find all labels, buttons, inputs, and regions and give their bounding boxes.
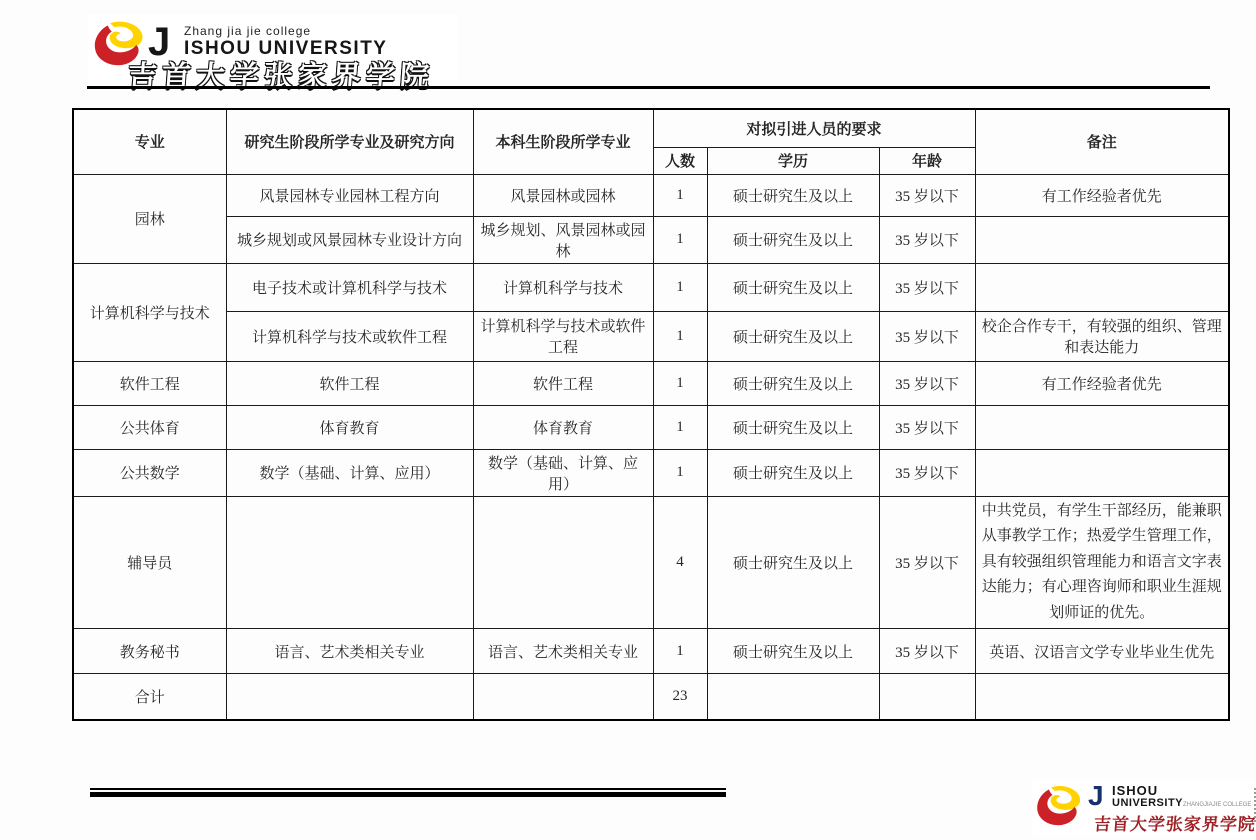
cell-remark (975, 216, 1229, 263)
cell-degree: 硕士研究生及以上 (707, 496, 879, 629)
header-major: 专业 (73, 109, 226, 174)
cell-major: 教务秘书 (73, 629, 226, 674)
table-row: 计算机科学与技术 电子技术或计算机科学与技术 计算机科学与技术 1 硕士研究生及… (73, 263, 1229, 311)
logo-university-en: UNIVERSITYZHANGJIAJIE COLLEGE (1112, 797, 1251, 809)
header-degree: 学历 (707, 147, 879, 174)
recruitment-table: 专业 研究生阶段所学专业及研究方向 本科生阶段所学专业 对拟引进人员的要求 备注… (72, 108, 1230, 721)
cell-degree: 硕士研究生及以上 (707, 629, 879, 674)
cell-degree: 硕士研究生及以上 (707, 405, 879, 449)
cell-remark (975, 449, 1229, 496)
cell-degree (707, 674, 879, 720)
cell-age: 35 岁以下 (879, 311, 975, 361)
cell-undergrad: 城乡规划、风景园林或园林 (473, 216, 653, 263)
cell-count: 1 (653, 629, 707, 674)
header-remark: 备注 (975, 109, 1229, 174)
cell-degree: 硕士研究生及以上 (707, 361, 879, 405)
table-row-total: 合计 23 (73, 674, 1229, 720)
header-count: 人数 (653, 147, 707, 174)
cell-count: 1 (653, 174, 707, 216)
cell-undergrad: 计算机科学与技术或软件工程 (473, 311, 653, 361)
header-undergrad-major: 本科生阶段所学专业 (473, 109, 653, 174)
cell-count: 4 (653, 496, 707, 629)
cell-grad: 数学（基础、计算、应用） (226, 449, 473, 496)
cell-grad (226, 674, 473, 720)
cell-grad: 城乡规划或风景园林专业设计方向 (226, 216, 473, 263)
cell-undergrad: 计算机科学与技术 (473, 263, 653, 311)
cell-age: 35 岁以下 (879, 496, 975, 629)
cell-grad (226, 496, 473, 629)
footer-rule (90, 788, 726, 798)
cell-undergrad: 语言、艺术类相关专业 (473, 629, 653, 674)
cell-grad: 体育教育 (226, 405, 473, 449)
cell-count: 1 (653, 216, 707, 263)
cell-age: 35 岁以下 (879, 361, 975, 405)
cell-undergrad (473, 674, 653, 720)
table-row: 公共体育 体育教育 体育教育 1 硕士研究生及以上 35 岁以下 (73, 405, 1229, 449)
recruitment-table-wrap: 专业 研究生阶段所学专业及研究方向 本科生阶段所学专业 对拟引进人员的要求 备注… (72, 108, 1230, 721)
cell-degree: 硕士研究生及以上 (707, 216, 879, 263)
logo-jishou-en: ISHOU (1112, 783, 1158, 798)
cell-remark (975, 405, 1229, 449)
logo-calligraphy-red: 吉首大学张家界学院 (1093, 810, 1256, 835)
cell-degree: 硕士研究生及以上 (707, 174, 879, 216)
cell-grad: 电子技术或计算机科学与技术 (226, 263, 473, 311)
university-swirl-icon (1034, 784, 1084, 830)
table-row: 教务秘书 语言、艺术类相关专业 语言、艺术类相关专业 1 硕士研究生及以上 35… (73, 629, 1229, 674)
logo-college-suffix: ZHANGJIAJIE COLLEGE (1183, 802, 1251, 808)
cell-age (879, 674, 975, 720)
cell-degree: 硕士研究生及以上 (707, 449, 879, 496)
logo-letter-j: J (1088, 782, 1104, 810)
cell-major: 园林 (73, 174, 226, 263)
cell-age: 35 岁以下 (879, 263, 975, 311)
cell-remark: 有工作经验者优先 (975, 174, 1229, 216)
cell-degree: 硕士研究生及以上 (707, 311, 879, 361)
cell-remark (975, 263, 1229, 311)
document-page: J Zhang jia jie college ISHOU UNIVERSITY… (0, 0, 1256, 840)
cell-major: 软件工程 (73, 361, 226, 405)
cell-count: 1 (653, 311, 707, 361)
cell-grad: 风景园林专业园林工程方向 (226, 174, 473, 216)
cell-undergrad: 风景园林或园林 (473, 174, 653, 216)
cell-major: 合计 (73, 674, 226, 720)
cell-grad: 语言、艺术类相关专业 (226, 629, 473, 674)
cell-age: 35 岁以下 (879, 449, 975, 496)
table-row: 辅导员 4 硕士研究生及以上 35 岁以下 中共党员，有学生干部经历，能兼职从事… (73, 496, 1229, 629)
cell-undergrad (473, 496, 653, 629)
header-age: 年龄 (879, 147, 975, 174)
table-row: 城乡规划或风景园林专业设计方向 城乡规划、风景园林或园林 1 硕士研究生及以上 … (73, 216, 1229, 263)
cell-count: 23 (653, 674, 707, 720)
table-row: 公共数学 数学（基础、计算、应用） 数学（基础、计算、应用） 1 硕士研究生及以… (73, 449, 1229, 496)
table-row: 园林 风景园林专业园林工程方向 风景园林或园林 1 硕士研究生及以上 35 岁以… (73, 174, 1229, 216)
cell-major: 辅导员 (73, 496, 226, 629)
cell-count: 1 (653, 449, 707, 496)
cell-undergrad: 体育教育 (473, 405, 653, 449)
cell-major: 公共体育 (73, 405, 226, 449)
seal-marks (1251, 788, 1256, 822)
table-row: 计算机科学与技术或软件工程 计算机科学与技术或软件工程 1 硕士研究生及以上 3… (73, 311, 1229, 361)
cell-count: 1 (653, 361, 707, 405)
table-row: 软件工程 软件工程 软件工程 1 硕士研究生及以上 35 岁以下 有工作经验者优… (73, 361, 1229, 405)
cell-undergrad: 软件工程 (473, 361, 653, 405)
cell-major: 计算机科学与技术 (73, 263, 226, 361)
cell-age: 35 岁以下 (879, 174, 975, 216)
header-requirements-group: 对拟引进人员的要求 (653, 109, 975, 147)
header-grad-major: 研究生阶段所学专业及研究方向 (226, 109, 473, 174)
cell-count: 1 (653, 405, 707, 449)
cell-count: 1 (653, 263, 707, 311)
university-logo-header: J Zhang jia jie college ISHOU UNIVERSITY… (88, 14, 458, 80)
cell-age: 35 岁以下 (879, 629, 975, 674)
cell-grad: 计算机科学与技术或软件工程 (226, 311, 473, 361)
cell-remark: 校企合作专干，有较强的组织、管理和表达能力 (975, 311, 1229, 361)
cell-grad: 软件工程 (226, 361, 473, 405)
cell-degree: 硕士研究生及以上 (707, 263, 879, 311)
cell-age: 35 岁以下 (879, 405, 975, 449)
logo-college-en: Zhang jia jie college (184, 24, 311, 38)
cell-remark (975, 674, 1229, 720)
footer-rule-thick (90, 792, 726, 797)
cell-undergrad: 数学（基础、计算、应用） (473, 449, 653, 496)
cell-remark: 中共党员，有学生干部经历，能兼职从事教学工作；热爱学生管理工作，具有较强组织管理… (975, 496, 1229, 629)
header-rule (87, 86, 1210, 89)
cell-major: 公共数学 (73, 449, 226, 496)
cell-age: 35 岁以下 (879, 216, 975, 263)
university-logo-footer: J ISHOU UNIVERSITYZHANGJIAJIE COLLEGE 吉首… (1032, 780, 1256, 836)
cell-remark: 英语、汉语言文学专业毕业生优先 (975, 629, 1229, 674)
cell-remark: 有工作经验者优先 (975, 361, 1229, 405)
